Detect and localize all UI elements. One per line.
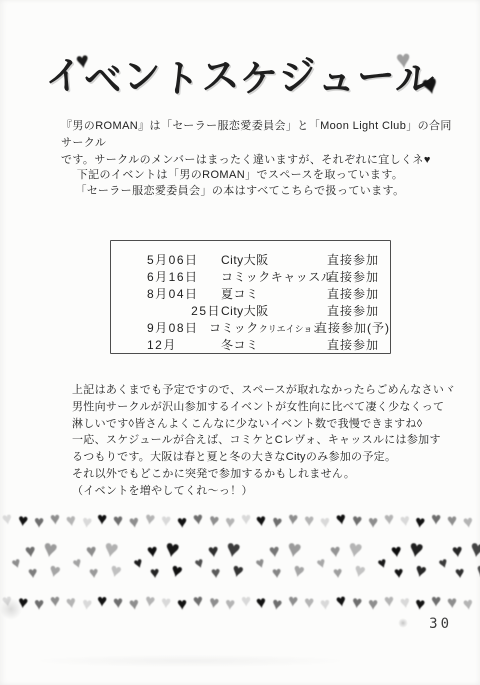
heart-icon: ♥	[144, 592, 156, 610]
heart-icon: ♥	[407, 537, 425, 563]
heart-icon: ♥	[414, 513, 426, 531]
heart-icon: ♥	[161, 512, 172, 530]
heart-icon: ♥	[287, 510, 299, 528]
intro-paragraph: 『男のROMAN』は「セーラー服恋愛委員会」と「Moon Light Club」…	[61, 118, 461, 169]
heart-icon: ♥	[193, 555, 206, 572]
title-char: ー	[355, 46, 397, 108]
heart-cluster: ♥♥♥♥♥	[134, 538, 194, 594]
schedule-row: 8月04日夏コミ直接参加	[111, 286, 390, 303]
heart-icon: ♥	[390, 541, 403, 560]
heart-icon: ♥	[329, 541, 342, 560]
heart-icon: ♥	[224, 513, 235, 531]
heart-icon: ♥	[128, 513, 140, 531]
heart-icon: ♥	[47, 561, 63, 582]
heart-icon: ♥	[254, 555, 267, 572]
heart-icon: ♥	[414, 595, 426, 613]
event-name: コミックキャッスル	[221, 269, 327, 286]
heart-icon: ♥	[431, 592, 442, 609]
heart-icon: ♥	[332, 566, 343, 583]
event-date: 12月	[147, 337, 221, 354]
title-char: ン	[121, 46, 163, 108]
heart-icon: ♥	[319, 513, 331, 531]
heart-icon: ♥	[24, 541, 37, 560]
notice-line-2: 「セーラー服恋愛委員会」の本はすべてこちらで扱っています。	[76, 185, 405, 197]
title-char: ト	[159, 48, 204, 112]
schedule-row: 12月冬コミ直接参加	[111, 337, 390, 354]
heart-icon: ♥	[113, 512, 124, 530]
heart-icon: ♥	[97, 592, 108, 609]
participation-note: 直接参加(予)	[315, 320, 390, 337]
heart-icon: ♥	[34, 514, 44, 531]
scanned-page: ♥ イベントスケジュール ♥ ♥ 『男のROMAN』は「セーラー服恋愛委員会」と…	[0, 0, 480, 685]
schedule-row: 6月16日コミックキャッスル直接参加	[111, 269, 390, 286]
heart-icon: ♥	[149, 566, 160, 583]
heart-cluster: ♥♥♥♥♥	[439, 538, 480, 594]
heart-icon: ♥	[27, 566, 38, 583]
heart-icon: ♥	[431, 510, 442, 527]
heart-icon: ♥	[10, 555, 23, 572]
heart-icon: ♥	[144, 510, 156, 528]
heart-icon: ♥	[1, 510, 14, 528]
event-date: 9月08日	[147, 320, 209, 337]
heart-icon: ♥	[207, 593, 220, 611]
intro-line-2: です。サークルのメンバーはまったく違いますが、それぞれに宜しくネ♥	[61, 154, 431, 166]
title-char: イ	[42, 45, 86, 108]
scan-smudge	[40, 655, 340, 667]
heart-icon: ♥	[41, 537, 59, 563]
heart-icon: ♥	[163, 537, 181, 563]
heart-icon: ♥	[474, 561, 480, 582]
event-name: コミッククリエイション	[209, 320, 315, 337]
heart-cluster: ♥♥♥♥♥	[12, 538, 72, 594]
heart-icon: ♥	[81, 595, 93, 613]
heart-icon: ♥	[334, 510, 347, 528]
heart-icon: ♥	[334, 592, 347, 610]
heart-icon: ♥	[132, 555, 145, 572]
intro-line-1: 『男のROMAN』は「セーラー服恋愛委員会」と「Moon Light Club」…	[61, 120, 452, 149]
remarks-line: それ以外でもどこかに突発で参加するかもしれません。	[72, 466, 468, 483]
heart-icon: ♥	[271, 595, 284, 613]
heart-icon: ♥	[256, 594, 268, 612]
scan-smudge	[398, 618, 408, 628]
heart-cluster: ♥♥♥♥♥	[378, 538, 438, 594]
heart-icon: ♥	[462, 513, 474, 531]
remarks-line: 淋しいです◊皆さんよくこんなに少ないイベント数で我慢できますね◊	[72, 416, 468, 433]
schedule-row: 25日City大阪直接参加	[111, 303, 390, 320]
heart-icon: ♥	[398, 511, 411, 529]
heart-icon: ♥	[393, 566, 404, 583]
event-name: 夏コミ	[221, 286, 327, 303]
heart-icon: ♥	[81, 513, 93, 531]
heart-icon: ♥	[108, 561, 124, 582]
title-char: ジ	[276, 45, 321, 109]
participation-note: 直接参加	[327, 286, 390, 303]
heart-icon: ♥	[368, 596, 378, 613]
heart-icon: ♥	[454, 566, 465, 583]
schedule-row: 5月06日City大阪直接参加	[111, 252, 390, 269]
heart-icon: ♥	[462, 595, 474, 613]
heart-icon: ♥	[395, 47, 412, 73]
heart-icon: ♥	[287, 592, 299, 610]
hearts-border-top: ♥♥♥♥♥♥♥♥♥♥♥♥♥♥♥♥♥♥♥♥♥♥♥♥♥♥♥♥♥♥	[2, 512, 480, 534]
heart-icon: ♥	[169, 561, 185, 582]
heart-icon: ♥	[192, 592, 204, 610]
heart-icon: ♥	[413, 561, 429, 582]
heart-icon: ♥	[398, 593, 411, 611]
heart-icon: ♥	[17, 512, 29, 530]
remarks-line: 上記はあくまでも予定ですので、スペースが取れなかったらごめんなさいヾ	[72, 382, 468, 399]
heart-icon: ♥	[17, 594, 29, 612]
heart-cluster: ♥♥♥♥♥	[256, 538, 316, 594]
heart-icon: ♥	[256, 512, 268, 530]
title-char: ケ	[238, 49, 280, 111]
heart-icon: ♥	[210, 566, 221, 583]
heart-icon: ♥	[376, 555, 389, 572]
event-date: 6月16日	[147, 269, 221, 286]
heart-icon: ♥	[291, 561, 307, 582]
hearts-border-bottom: ♥♥♥♥♥♥♥♥♥♥♥♥♥♥♥♥♥♥♥♥♥♥♥♥♥♥♥♥♥♥	[2, 594, 480, 616]
heart-icon: ♥	[271, 566, 282, 583]
heart-icon: ♥	[285, 537, 303, 563]
title-char: ス	[199, 46, 242, 109]
participation-note: 直接参加	[327, 269, 390, 286]
heart-icon: ♥	[102, 537, 120, 563]
heart-icon: ♥	[128, 595, 140, 613]
heart-icon: ♥	[352, 561, 368, 582]
heart-icon: ♥	[240, 510, 250, 527]
notice-paragraph: 下記のイベントは「男のROMAN」でスペースを取っています。 「セーラー服恋愛委…	[0, 167, 480, 199]
event-date: 5月06日	[147, 252, 221, 269]
heart-cluster: ♥♥♥♥♥	[317, 538, 377, 594]
event-name: 冬コミ	[221, 337, 327, 354]
title-char: ベ	[82, 49, 125, 112]
participation-note: 直接参加	[327, 252, 390, 269]
remarks-line: 一応、スケジュールが合えば、コミケとCレヴォ、キャッスルには参加す	[72, 432, 468, 449]
heart-icon: ♥	[304, 512, 314, 529]
page-number: 30	[429, 616, 452, 632]
event-name: City大阪	[221, 303, 327, 320]
heart-icon: ♥	[177, 513, 188, 530]
heart-icon: ♥	[64, 511, 77, 529]
heart-cluster: ♥♥♥♥♥	[73, 538, 133, 594]
heart-icon: ♥	[88, 566, 99, 583]
heart-icon: ♥	[271, 513, 284, 531]
heart-icon: ♥	[383, 592, 394, 610]
heart-icon: ♥	[230, 561, 246, 582]
heart-icon: ♥	[49, 592, 60, 610]
hearts-clusters: ♥♥♥♥♥♥♥♥♥♥♥♥♥♥♥♥♥♥♥♥♥♥♥♥♥♥♥♥♥♥♥♥♥♥♥♥♥♥♥♥	[0, 538, 480, 596]
heart-icon: ♥	[97, 510, 108, 527]
heart-icon: ♥	[368, 514, 378, 531]
heart-icon: ♥	[113, 594, 124, 612]
heart-icon: ♥	[383, 510, 394, 528]
event-name-small: クリエイション	[259, 324, 322, 334]
remarks-paragraph: 上記はあくまでも予定ですので、スペースが取れなかったらごめんなさいヾ男性向サーク…	[72, 382, 468, 500]
heart-icon: ♥	[451, 541, 464, 560]
title-char: ュ	[315, 48, 359, 111]
heart-icon: ♥	[85, 541, 98, 560]
heart-icon: ♥	[304, 594, 314, 611]
heart-cluster: ♥♥♥♥♥	[195, 538, 255, 594]
page-title-block: ♥ イベントスケジュール ♥ ♥	[0, 48, 480, 110]
remarks-line: るつもりです。大阪は春と夏と冬の大きなCityのみ参加の予定。	[72, 449, 468, 466]
heart-icon: ♥	[207, 541, 220, 560]
remarks-line: （イベントを増やしてくれ〜っ！）	[72, 483, 468, 500]
heart-icon: ♥	[177, 595, 188, 612]
event-schedule-table: 5月06日City大阪直接参加6月16日コミックキャッスル直接参加8月04日夏コ…	[110, 240, 391, 354]
heart-icon: ♥	[34, 596, 44, 613]
heart-icon: ♥	[224, 595, 235, 613]
heart-icon: ♥	[447, 512, 458, 530]
schedule-rows: 5月06日City大阪直接参加6月16日コミックキャッスル直接参加8月04日夏コ…	[111, 252, 390, 354]
heart-icon: ♥	[240, 592, 250, 609]
heart-icon: ♥	[351, 512, 363, 530]
heart-icon: ♥	[224, 537, 242, 563]
heart-icon: ♥	[146, 541, 159, 560]
event-date: 25日	[147, 303, 221, 320]
heart-icon: ♥	[192, 510, 204, 528]
heart-icon: ♥	[437, 555, 450, 572]
heart-icon: ♥	[351, 594, 363, 612]
event-name: City大阪	[221, 252, 327, 269]
event-date: 8月04日	[147, 286, 221, 303]
heart-icon: ♥	[268, 541, 281, 560]
heart-icon: ♥	[319, 595, 331, 613]
heart-icon: ♥	[447, 594, 458, 612]
schedule-row: 9月08日コミッククリエイション直接参加(予)	[111, 320, 390, 337]
remarks-line: 男性向サークルが沢山参加するイベントが女性向に比べて凄く少なくって	[72, 399, 468, 416]
heart-icon: ♥	[346, 537, 364, 563]
heart-icon: ♥	[207, 511, 220, 529]
heart-icon: ♥	[315, 555, 328, 572]
participation-note: 直接参加	[327, 337, 390, 354]
notice-line-1: 下記のイベントは「男のROMAN」でスペースを取っています。	[77, 169, 404, 181]
heart-icon: ♥	[161, 594, 172, 612]
heart-icon: ♥	[49, 510, 60, 528]
heart-icon: ♥	[1, 592, 14, 610]
heart-icon: ♥	[71, 555, 84, 572]
heart-icon: ♥	[64, 593, 77, 611]
participation-note: 直接参加	[327, 303, 390, 320]
